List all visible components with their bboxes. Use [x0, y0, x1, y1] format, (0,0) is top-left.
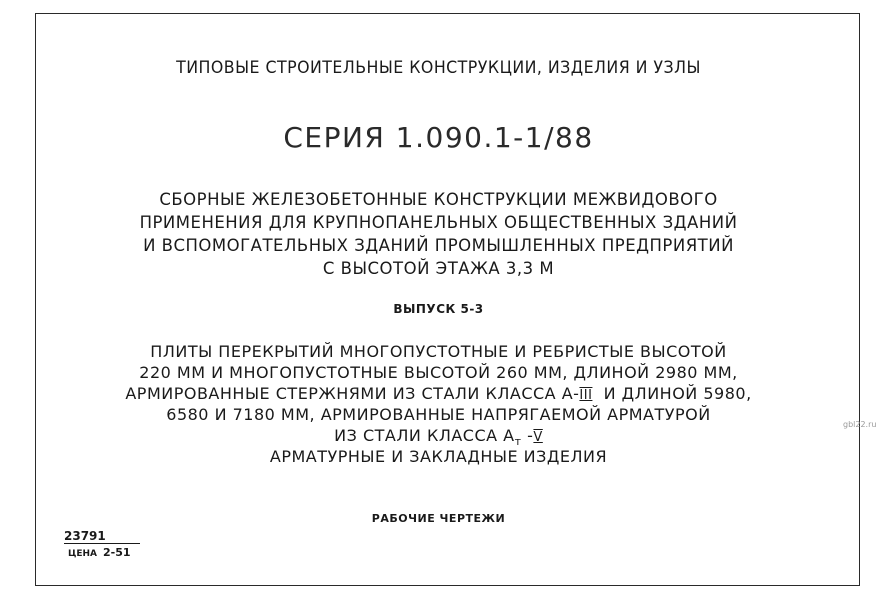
- drawing-frame: [35, 13, 860, 586]
- description-text: И ДЛИНОЙ 5980,: [592, 384, 751, 403]
- description-line: ИЗ СТАЛИ КЛАССА Ат -V: [0, 426, 877, 445]
- steel-class-roman: III: [579, 388, 592, 403]
- description-line: 220 ММ И МНОГОПУСТОТНЫЕ ВЫСОТОЙ 260 ММ, …: [0, 363, 877, 382]
- header-title: ТИПОВЫЕ СТРОИТЕЛЬНЫЕ КОНСТРУКЦИИ, ИЗДЕЛИ…: [31, 58, 847, 78]
- steel-class-roman: V: [533, 430, 542, 445]
- subtitle-line: СБОРНЫЕ ЖЕЛЕЗОБЕТОННЫЕ КОНСТРУКЦИИ МЕЖВИ…: [0, 190, 877, 209]
- description-text: АРМИРОВАННЫЕ СТЕРЖНЯМИ ИЗ СТАЛИ КЛАССА А…: [125, 384, 579, 403]
- subtitle-line: ПРИМЕНЕНИЯ ДЛЯ КРУПНОПАНЕЛЬНЫХ ОБЩЕСТВЕН…: [0, 213, 877, 232]
- issue-number: ВЫПУСК 5-3: [0, 302, 877, 316]
- price: ЦЕНА2-51: [68, 546, 131, 559]
- catalog-code: 23791: [64, 529, 140, 544]
- watermark: gbl22.ru: [843, 420, 876, 429]
- description-line: АРМИРОВАННЫЕ СТЕРЖНЯМИ ИЗ СТАЛИ КЛАССА А…: [0, 384, 877, 403]
- drawing-type: РАБОЧИЕ ЧЕРТЕЖИ: [0, 512, 877, 525]
- description-line: АРМАТУРНЫЕ И ЗАКЛАДНЫЕ ИЗДЕЛИЯ: [0, 447, 877, 466]
- subtitle-line: И ВСПОМОГАТЕЛЬНЫХ ЗДАНИЙ ПРОМЫШЛЕННЫХ ПР…: [0, 236, 877, 255]
- dash: -: [522, 426, 534, 445]
- subtitle-line: С ВЫСОТОЙ ЭТАЖА 3,3 М: [0, 259, 877, 278]
- series-number: СЕРИЯ 1.090.1-1/88: [0, 121, 877, 154]
- price-label: ЦЕНА: [68, 549, 97, 559]
- description-text: ИЗ СТАЛИ КЛАССА А: [334, 426, 514, 445]
- description-line: ПЛИТЫ ПЕРЕКРЫТИЙ МНОГОПУСТОТНЫЕ И РЕБРИС…: [0, 342, 877, 361]
- description-line: 6580 И 7180 ММ, АРМИРОВАННЫЕ НАПРЯГАЕМОЙ…: [0, 405, 877, 424]
- price-value: 2-51: [103, 546, 131, 559]
